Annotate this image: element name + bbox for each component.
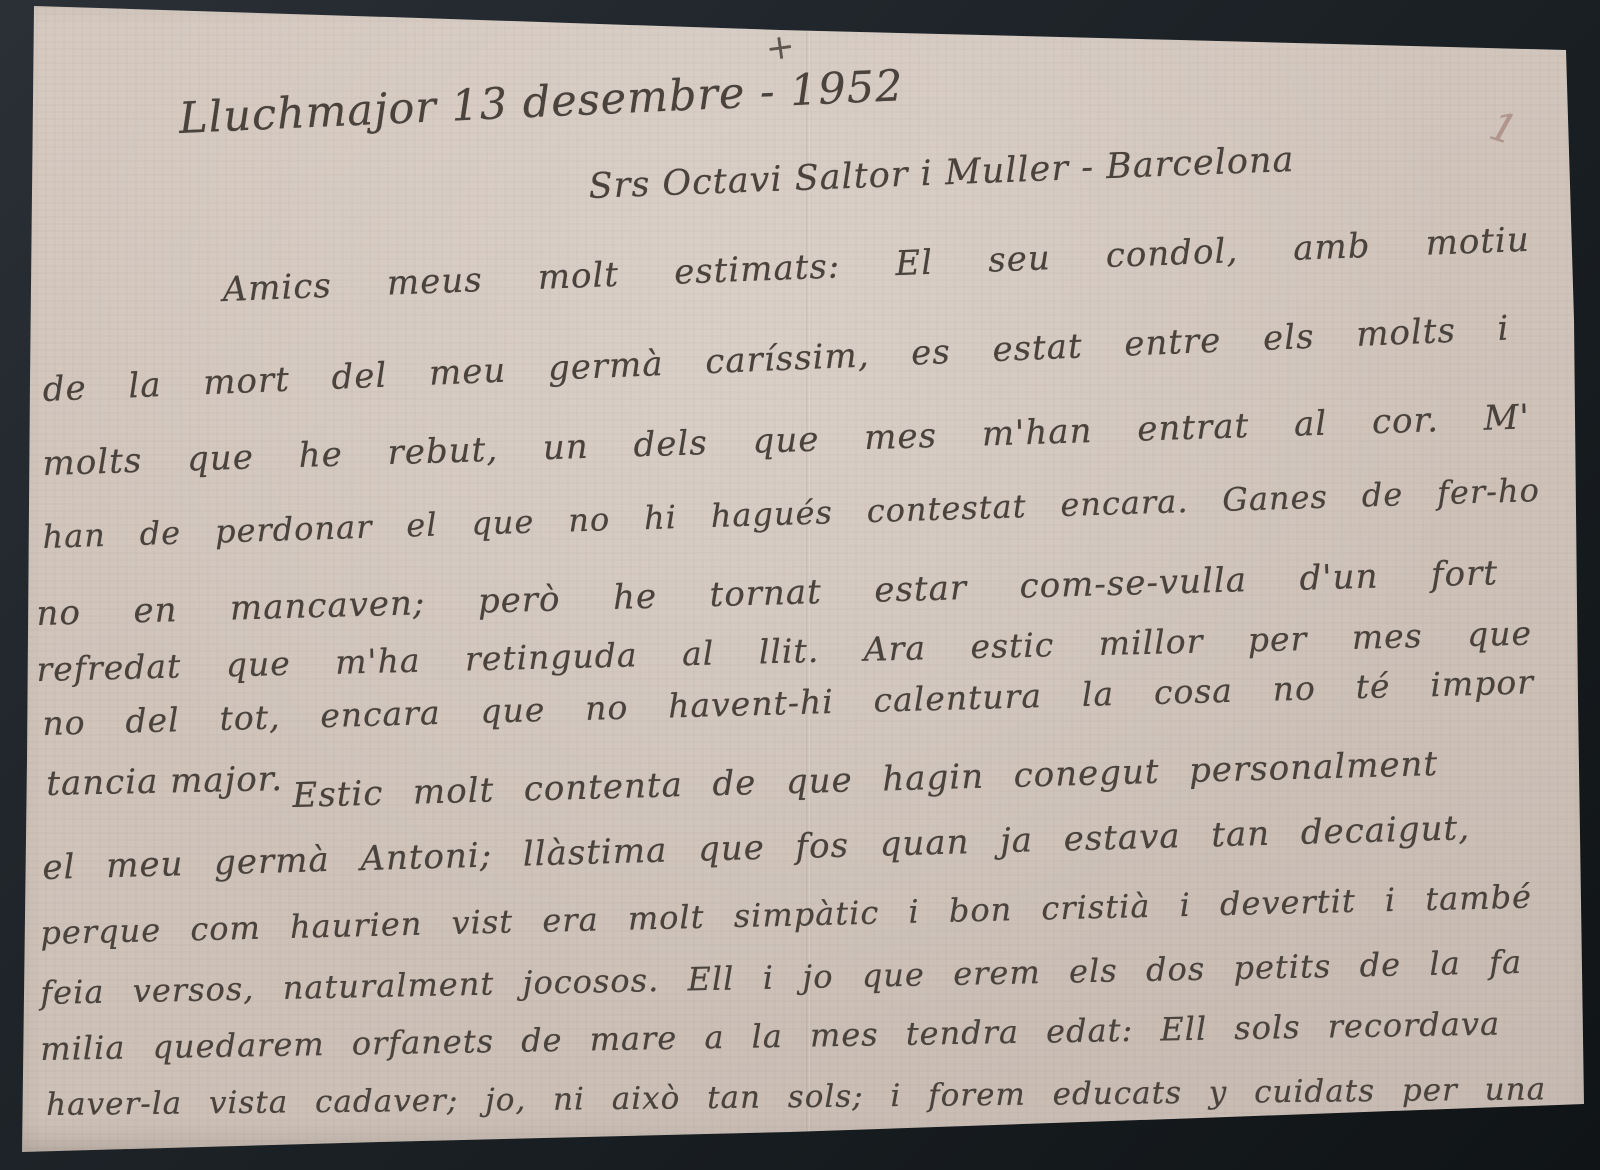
- letter-dateline: Lluchmajor 13 desembre - 1952: [178, 61, 951, 143]
- letter-addressee: Srs Octavi Saltor i Muller - Barcelona: [588, 135, 1441, 206]
- letter-line: feia versos, naturalment jocosos. Ell i …: [40, 945, 1522, 1011]
- letter-line: perque com haurien vist era molt simpàti…: [40, 880, 1532, 952]
- faint-corner-mark: 1: [1484, 104, 1536, 158]
- letter-line: de la mort del meu germà caríssim, es es…: [42, 311, 1510, 410]
- letter-line: haver-la vista cadaver; jo, ni això tan …: [46, 1072, 1546, 1122]
- handwriting-layer: + 1 Lluchmajor 13 desembre - 1952 Srs Oc…: [0, 0, 1600, 1170]
- letter-line: molts que he rebut, un dels que mes m'ha…: [42, 399, 1530, 483]
- letter-photo: + 1 Lluchmajor 13 desembre - 1952 Srs Oc…: [0, 0, 1600, 1170]
- letter-line: han de perdonar el que no hi hagués cont…: [42, 473, 1540, 555]
- letter-line: Amics meus molt estimats: El seu condol,…: [222, 222, 1530, 310]
- letter-line: milia quedarem orfanets de mare a la mes…: [40, 1007, 1500, 1068]
- top-cross-mark: +: [748, 26, 813, 71]
- letter-line: el meu germà Antoni; llàstima que fos qu…: [42, 810, 1470, 887]
